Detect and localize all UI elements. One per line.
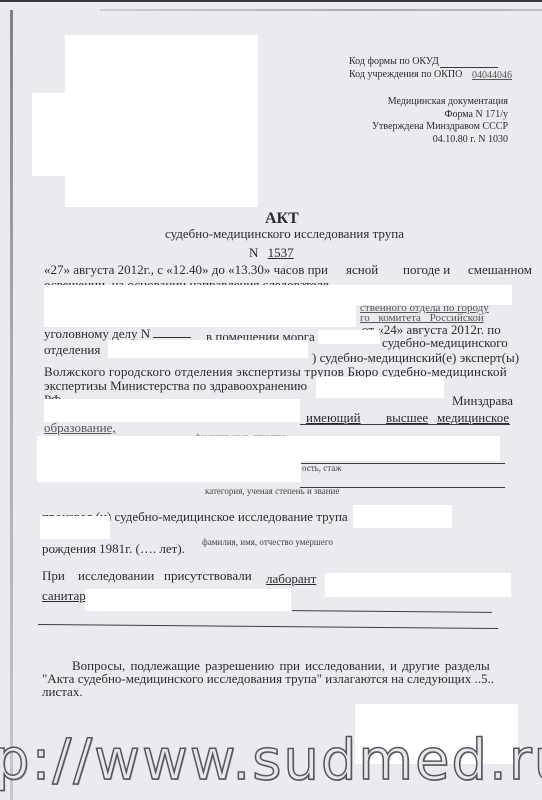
approved-by: Утверждена Минздравом СССР <box>372 121 508 132</box>
doc-subtitle: судебно-медицинского исследования трупа <box>165 226 404 241</box>
lighting-word: смешанном <box>468 262 532 277</box>
category-caption: категория, ученая степень и звание <box>205 486 339 496</box>
redaction-investigator-2 <box>44 303 356 327</box>
education-word: образование, <box>44 420 116 435</box>
education-underline <box>300 424 510 425</box>
doc-type: Медицинская документация <box>388 96 508 107</box>
number-value: 1537 <box>262 245 300 260</box>
okud-underline <box>440 67 498 68</box>
redaction-dept <box>108 340 308 358</box>
orderly-label: санитар <box>42 588 86 603</box>
approved-date: 04.10.80 г. N 1030 <box>433 134 508 145</box>
redaction-deceased-name <box>353 505 452 528</box>
number-prefix: N <box>249 245 258 260</box>
okpo-value: 04044046 <box>472 70 512 81</box>
present-w2: исследовании <box>78 568 154 583</box>
experts-label: ) судебно-медицинский(е) эксперт(ы) <box>312 350 519 365</box>
redaction-stamp-block <box>65 35 258 207</box>
lab-label: лаборант <box>266 571 316 586</box>
blank-underline <box>38 624 498 629</box>
watermark-url: p://www.sudmed.ru <box>0 728 542 793</box>
act-number: N 1537 <box>249 245 300 260</box>
case-label: уголовному делу N <box>44 326 150 341</box>
higher-word: высшее <box>386 410 428 425</box>
redaction-orderly-name <box>85 589 291 611</box>
dept-label: отделения <box>44 342 100 357</box>
redaction-expert-name <box>44 399 300 422</box>
redaction-morgue <box>318 330 380 344</box>
medical-word: медицинское <box>437 410 509 425</box>
birth-line: рождения 1981г. (…. лет). <box>42 541 185 556</box>
redaction-lab-name <box>325 573 511 597</box>
scan-edge-left <box>10 10 13 800</box>
redaction-expert-position <box>37 457 301 482</box>
questions-line2: "Акта судебно-медицинского исследования … <box>42 671 494 686</box>
weather-word: ясной <box>346 262 378 277</box>
redaction-stamp-block-ext <box>32 93 66 176</box>
deceased-caption: фамилия, имя, отчество умершего <box>202 537 333 547</box>
having-word: имеющий <box>306 410 361 425</box>
scan-edge-shadow <box>100 9 542 11</box>
present-w3: присутствовали <box>164 568 252 583</box>
redaction-ministry <box>316 377 444 398</box>
okud-label: Код формы по ОКУД <box>349 56 439 67</box>
criminal-case: уголовному делу N <box>44 326 191 341</box>
date-time-line: «27» августа 2012г., с «12.40» до «13.30… <box>44 262 328 277</box>
form-number: Форма N 171/у <box>445 109 508 120</box>
orderly-underline <box>292 610 492 613</box>
position-caption: ость, стаж <box>302 463 342 473</box>
okpo-label: Код учреждения по ОКПО <box>349 69 462 80</box>
redaction-deceased-name-2 <box>40 516 110 539</box>
questions-line3: листах. <box>42 684 83 699</box>
minzdrav-label: Минздрава <box>452 393 513 408</box>
ministry-line: экспертизы Министерства по здравоохранен… <box>44 378 307 393</box>
scan-edge-top <box>0 0 542 2</box>
present-w1: При <box>42 568 65 583</box>
weather-word2: погоде и <box>403 262 450 277</box>
forensic-word: судебно-медицинского <box>382 335 508 350</box>
